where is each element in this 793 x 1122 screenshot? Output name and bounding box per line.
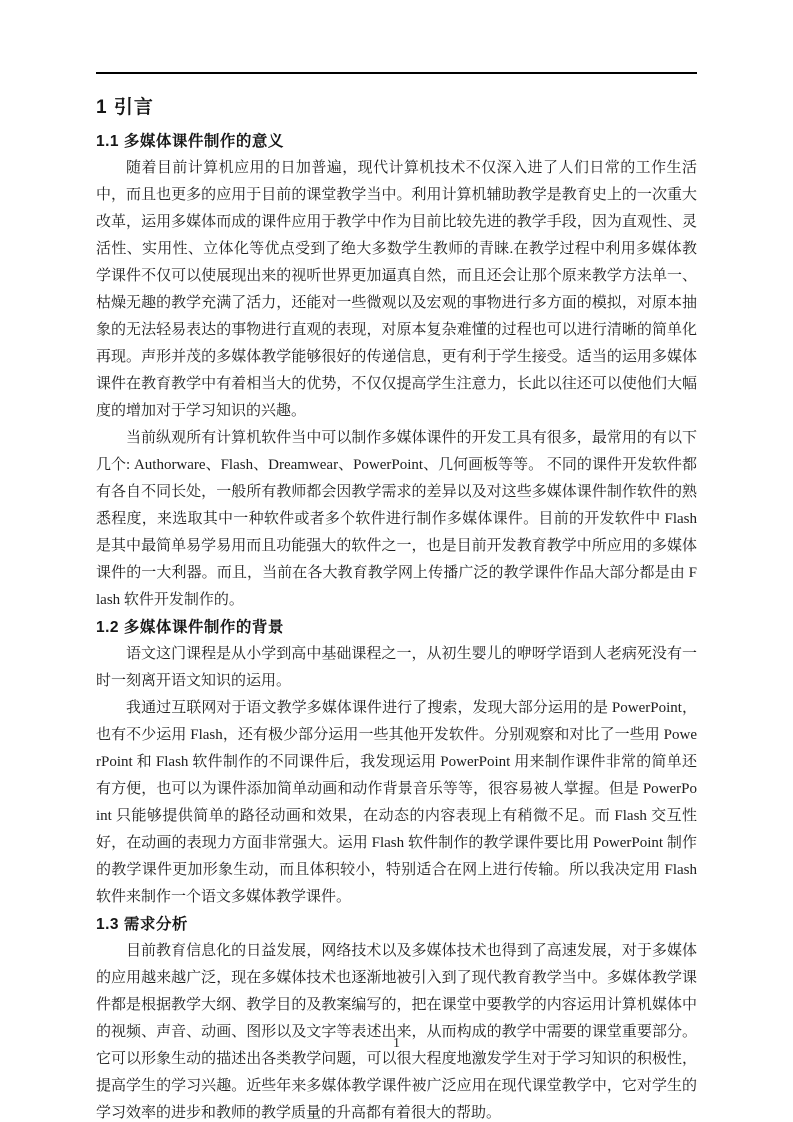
document-content: 1 引言 1.1 多媒体课件制作的意义 随着目前计算机应用的日加普遍，现代计算机… — [96, 72, 697, 1122]
paragraph-development-tools: 当前纵观所有计算机软件当中可以制作多媒体课件的开发工具有很多，最常用的有以下几个… — [96, 425, 697, 614]
header-divider — [96, 72, 697, 74]
page-number: 1 — [0, 1036, 793, 1052]
paragraph-requirements-analysis: 目前教育信息化的日益发展，网络技术以及多媒体技术也得到了高速发展，对于多媒体的应… — [96, 938, 697, 1122]
subsection-heading-1-2: 1.2 多媒体课件制作的背景 — [96, 614, 697, 641]
paragraph-powerpoint-vs-flash: 我通过互联网对于语文教学多媒体课件进行了搜索，发现大部分运用的是 PowerPo… — [96, 695, 697, 911]
subsection-heading-1-3: 1.3 需求分析 — [96, 911, 697, 938]
subsection-heading-1-1: 1.1 多媒体课件制作的意义 — [96, 128, 697, 155]
paragraph-chinese-course: 语文这门课程是从小学到高中基础课程之一，从初生婴儿的咿呀学语到人老病死没有一时一… — [96, 641, 697, 695]
paragraph-significance: 随着目前计算机应用的日加普遍，现代计算机技术不仅深入进了人们日常的工作生活中，而… — [96, 155, 697, 425]
section-heading-introduction: 1 引言 — [96, 94, 697, 121]
document-page: 1 引言 1.1 多媒体课件制作的意义 随着目前计算机应用的日加普遍，现代计算机… — [0, 0, 793, 1122]
